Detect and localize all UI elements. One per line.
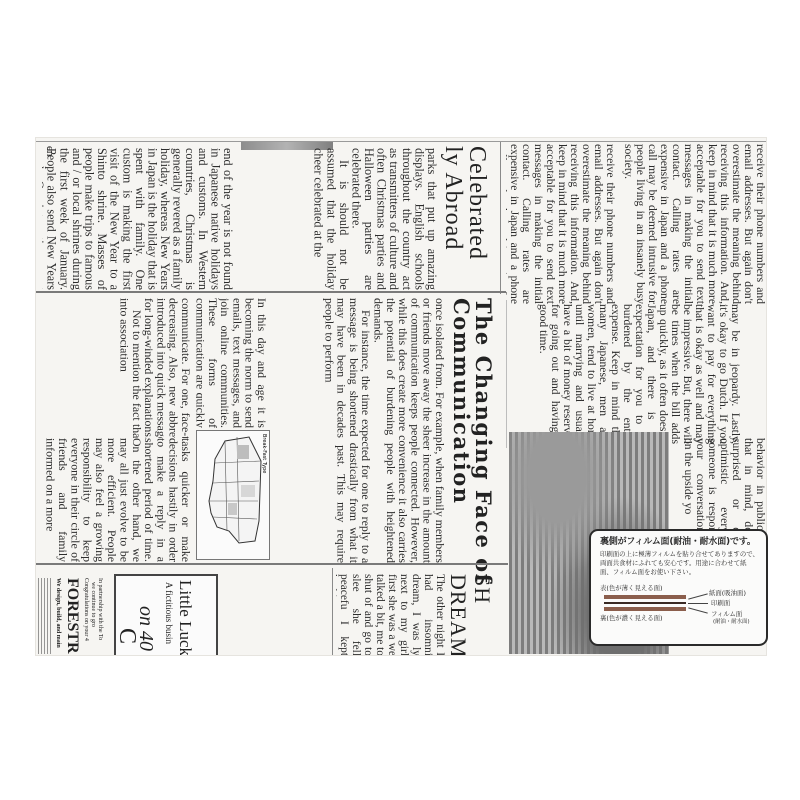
etiquette-text-3: behavior in public. that in mind, do sur… [682,438,766,533]
forestry-small-print [38,578,52,654]
etiquette-column-3: behavior in public. that in mind, do sur… [668,438,766,533]
map-caption: Break-Fast Type [261,434,267,473]
paper-layer [604,595,686,599]
film-layer [604,607,686,611]
holidays-headline: Celebrated ly Abroad [441,146,489,286]
print-layer-label: 印刷面 [711,599,730,607]
communication-text-2: once isolated from. For example, when fa… [372,298,446,563]
dream-headline: SH DREAM [446,574,494,654]
etiquette-text-1: receive their phone numbers and email ad… [506,144,616,304]
etiquette-column-2: may be in jeopardy. Lastly, it's okay to… [513,304,741,444]
back-side-label: 裏(色が濃く見える面) [600,614,663,622]
little-luck-letter: C [116,628,138,644]
row-rule-2 [36,563,508,565]
holidays-column-a: parks that put up amazing displays. Engl… [242,148,438,290]
holidays-column-b: end of the year is not found in Japanese… [42,148,234,290]
dream-text: The other night I had insomni dream, I w… [336,574,446,655]
communication-column-2-cont: tasks quicker or make decisions hastily … [42,438,192,562]
etiquette-column-0: receive their phone numbers and email ad… [618,144,766,304]
paper-arrow [688,593,708,599]
row-rule-1 [36,291,506,293]
paper-layer-label: 紙面(吸油面) [709,589,746,597]
holidays-text-a2: It is should not be assumed that the hol… [312,148,350,290]
holidays-text-a: parks that put up amazing displays. Engl… [350,148,438,290]
front-side-label: 表(色が薄く見える面) [600,584,663,592]
etiquette-column-1: receive their phone numbers and email ad… [506,144,616,304]
us-map-icon [197,431,269,559]
print-layer [604,602,686,604]
forestry-tagline: We design, build, and main [54,578,61,648]
holidays-right-rule [500,142,501,294]
forestry-title: FORESTR [64,578,80,654]
communication-text-2c: tasks quicker or make decisions hastily … [44,438,192,562]
film-layer-label: フィルム面 [711,610,742,618]
communication-text-2b: For instance, the time expected for one … [323,298,372,563]
etiquette-mid-rule [506,300,507,448]
label-title: 裏側がフィルム面(耐油・耐水面)です。 [600,536,759,548]
dream-left-rule [332,568,333,655]
print-arrow [688,603,708,604]
forestry-line3: Congratulations on your 4 [82,578,89,641]
forestry-line2: we continue to gro [89,582,96,627]
little-luck-title: Little Luck [176,580,194,655]
little-luck-subline: A fictitious busin [164,582,174,655]
film-layer-sublabel: (耐油・耐水面) [713,618,750,626]
communication-text-1: In this day and age it is becoming the n… [196,298,268,428]
forestry-ad: In partnership with the To we continue t… [36,574,110,655]
communication-column-2: once isolated from. For example, when fa… [270,298,446,563]
top-rule [36,141,766,142]
little-luck-ad: Little Luck A fictitious busin on 40 C [114,574,218,655]
forestry-line1: In partnership with the To [96,578,103,640]
dream-column: The other night I had insomni dream, I w… [336,574,446,655]
etiquette-text-0: receive their phone numbers and email ad… [622,144,766,304]
film-info-label: 裏側がフィルム面(耐油・耐水面)です。 印刷面の上に極薄フィルムを貼り合せてあり… [589,529,768,646]
film-arrow [688,607,708,613]
etiquette-text-2: may be in jeopardy. Lastly, it's okay to… [537,304,741,444]
holidays-text-b: end of the year is not found in Japanese… [42,148,234,290]
breakfast-map-figure: Break-Fast Type [196,430,270,560]
label-body: 印刷面の上に極薄フィルムを貼り合せてありますので、両面共食材にふれても安心です。… [600,550,759,578]
communication-column-1-main: In this day and age it is becoming the n… [196,298,268,428]
communication-headline: The Changing Face of Communication [450,298,494,558]
layer-diagram: 表(色が薄く見える面) 裏(色が濃く見える面) 紙面(吸油面) 印刷面 フィルム… [600,584,759,632]
